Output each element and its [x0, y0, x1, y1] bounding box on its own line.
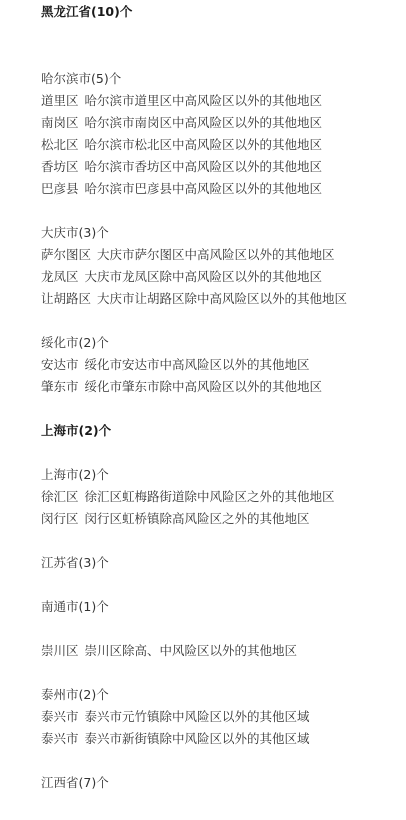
list-item: 崇川区崇川区除高、中风险区以外的其他地区	[41, 640, 406, 662]
district-description: 闵行区虹桥镇除高风险区之外的其他地区	[85, 511, 310, 526]
district-name: 安达市	[41, 354, 79, 376]
spacer	[41, 398, 406, 420]
district-description: 绥化市肇东市除中高风险区以外的其他地区	[85, 379, 323, 394]
spacer	[41, 200, 406, 222]
list-item: 道里区哈尔滨市道里区中高风险区以外的其他地区	[41, 90, 406, 112]
district-description: 徐汇区虹梅路街道除中风险区之外的其他地区	[85, 489, 335, 504]
list-item: 肇东市绥化市肇东市除中高风险区以外的其他地区	[41, 376, 406, 398]
spacer	[41, 442, 406, 464]
spacer	[41, 574, 406, 596]
district-name: 徐汇区	[41, 486, 79, 508]
province-heading-jiangsu: 江苏省(3)个	[41, 552, 406, 574]
list-item: 龙凤区大庆市龙凤区除中高风险区以外的其他地区	[41, 266, 406, 288]
list-item: 萨尔图区大庆市萨尔图区中高风险区以外的其他地区	[41, 244, 406, 266]
district-description: 哈尔滨市松北区中高风险区以外的其他地区	[85, 137, 323, 152]
list-item: 闵行区闵行区虹桥镇除高风险区之外的其他地区	[41, 508, 406, 530]
district-name: 巴彦县	[41, 178, 79, 200]
spacer	[41, 750, 406, 772]
district-name: 松北区	[41, 134, 79, 156]
city-heading-nantong: 南通市(1)个	[41, 596, 406, 618]
list-item: 南岗区哈尔滨市南岗区中高风险区以外的其他地区	[41, 112, 406, 134]
risk-area-document: 黑龙江省(10)个 哈尔滨市(5)个 道里区哈尔滨市道里区中高风险区以外的其他地…	[41, 0, 406, 794]
city-heading-suihua: 绥化市(2)个	[41, 332, 406, 354]
list-item: 徐汇区徐汇区虹梅路街道除中风险区之外的其他地区	[41, 486, 406, 508]
city-heading-shanghai: 上海市(2)个	[41, 464, 406, 486]
spacer	[41, 530, 406, 552]
list-item: 泰兴市泰兴市新街镇除中风险区以外的其他区域	[41, 728, 406, 750]
district-description: 泰兴市元竹镇除中风险区以外的其他区域	[85, 709, 310, 724]
spacer	[41, 310, 406, 332]
list-item: 让胡路区大庆市让胡路区除中高风险区以外的其他地区	[41, 288, 406, 310]
list-item: 泰兴市泰兴市元竹镇除中风险区以外的其他区域	[41, 706, 406, 728]
district-description: 大庆市龙凤区除中高风险区以外的其他地区	[85, 269, 323, 284]
list-item: 安达市绥化市安达市中高风险区以外的其他地区	[41, 354, 406, 376]
province-heading-heilongjiang: 黑龙江省(10)个	[41, 0, 406, 24]
district-name: 让胡路区	[41, 288, 91, 310]
district-description: 大庆市让胡路区除中高风险区以外的其他地区	[97, 291, 347, 306]
district-name: 闵行区	[41, 508, 79, 530]
city-heading-taizhou: 泰州市(2)个	[41, 684, 406, 706]
district-description: 泰兴市新街镇除中风险区以外的其他区域	[85, 731, 310, 746]
district-name: 泰兴市	[41, 706, 79, 728]
district-description: 哈尔滨市巴彦县中高风险区以外的其他地区	[85, 181, 323, 196]
district-name: 香坊区	[41, 156, 79, 178]
city-heading-harbin: 哈尔滨市(5)个	[41, 68, 406, 90]
district-name: 龙凤区	[41, 266, 79, 288]
district-name: 泰兴市	[41, 728, 79, 750]
list-item: 松北区哈尔滨市松北区中高风险区以外的其他地区	[41, 134, 406, 156]
district-name: 崇川区	[41, 640, 79, 662]
list-item: 巴彦县哈尔滨市巴彦县中高风险区以外的其他地区	[41, 178, 406, 200]
list-item: 香坊区哈尔滨市香坊区中高风险区以外的其他地区	[41, 156, 406, 178]
district-description: 大庆市萨尔图区中高风险区以外的其他地区	[97, 247, 335, 262]
district-name: 萨尔图区	[41, 244, 91, 266]
province-heading-jiangxi: 江西省(7)个	[41, 772, 406, 794]
district-description: 哈尔滨市南岗区中高风险区以外的其他地区	[85, 115, 323, 130]
spacer	[41, 24, 406, 68]
spacer	[41, 662, 406, 684]
city-heading-daqing: 大庆市(3)个	[41, 222, 406, 244]
district-description: 绥化市安达市中高风险区以外的其他地区	[85, 357, 310, 372]
district-description: 哈尔滨市道里区中高风险区以外的其他地区	[85, 93, 323, 108]
district-name: 道里区	[41, 90, 79, 112]
province-heading-shanghai: 上海市(2)个	[41, 420, 406, 442]
district-name: 肇东市	[41, 376, 79, 398]
spacer	[41, 618, 406, 640]
district-description: 哈尔滨市香坊区中高风险区以外的其他地区	[85, 159, 323, 174]
district-description: 崇川区除高、中风险区以外的其他地区	[85, 643, 298, 658]
district-name: 南岗区	[41, 112, 79, 134]
